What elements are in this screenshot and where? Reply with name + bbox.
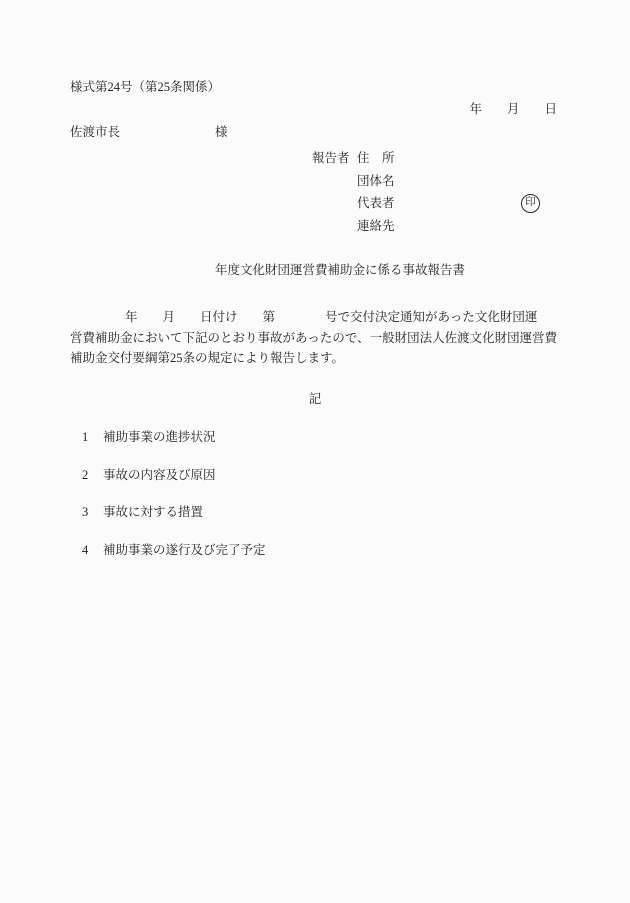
list-item: 3事故に対する措置 bbox=[82, 504, 266, 520]
body-line-1: 年 月 日付け 第 号で交付決定通知があった文化財団運 bbox=[70, 307, 562, 328]
item-label: 事故に対する措置 bbox=[103, 505, 203, 519]
reporter-label: 報告者 bbox=[312, 150, 357, 166]
item-number: 2 bbox=[82, 467, 103, 483]
seal-mark-icon: 印 bbox=[521, 194, 540, 213]
note-marker: 記 bbox=[0, 391, 630, 407]
reporter-row-representative: 代表者 bbox=[312, 195, 395, 211]
recipient-name: 佐渡市長 bbox=[70, 125, 120, 139]
items-list: 1補助事業の進捗状況 2事故の内容及び原因 3事故に対する措置 4補助事業の遂行… bbox=[82, 429, 266, 579]
item-number: 1 bbox=[82, 429, 103, 445]
item-number: 4 bbox=[82, 542, 103, 558]
date-blank-line: 年 月 日 bbox=[469, 101, 557, 117]
document-page: 様式第24号（第25条関係） 年 月 日 佐渡市長様 報告者住 所 団体名 代表… bbox=[0, 0, 630, 903]
item-label: 事故の内容及び原因 bbox=[103, 468, 216, 482]
reporter-field-representative: 代表者 bbox=[357, 196, 395, 210]
list-item: 1補助事業の進捗状況 bbox=[82, 429, 266, 445]
reporter-row-contact: 連絡先 bbox=[312, 218, 395, 234]
list-item: 4補助事業の遂行及び完了予定 bbox=[82, 542, 266, 558]
recipient-line: 佐渡市長様 bbox=[70, 124, 228, 140]
body-line-3: 補助金交付要綱第25条の規定により報告します。 bbox=[70, 348, 562, 369]
reporter-field-contact: 連絡先 bbox=[357, 219, 395, 233]
form-number: 様式第24号（第25条関係） bbox=[70, 79, 220, 95]
item-label: 補助事業の遂行及び完了予定 bbox=[103, 543, 266, 557]
item-label: 補助事業の進捗状況 bbox=[103, 430, 216, 444]
body-line-2: 営費補助金において下記のとおり事故があったので、一般財団法人佐渡文化財団運営費 bbox=[70, 328, 562, 349]
recipient-honorific: 様 bbox=[215, 125, 228, 139]
document-title: 年度文化財団運営費補助金に係る事故報告書 bbox=[215, 262, 465, 278]
reporter-field-org-name: 団体名 bbox=[357, 174, 395, 188]
reporter-block: 報告者住 所 団体名 代表者 連絡先 bbox=[312, 150, 395, 240]
reporter-field-address: 住 所 bbox=[357, 151, 395, 165]
body-paragraph: 年 月 日付け 第 号で交付決定通知があった文化財団運 営費補助金において下記の… bbox=[70, 307, 562, 369]
list-item: 2事故の内容及び原因 bbox=[82, 467, 266, 483]
reporter-row-address: 報告者住 所 bbox=[312, 150, 395, 166]
item-number: 3 bbox=[82, 504, 103, 520]
reporter-row-org: 団体名 bbox=[312, 173, 395, 189]
